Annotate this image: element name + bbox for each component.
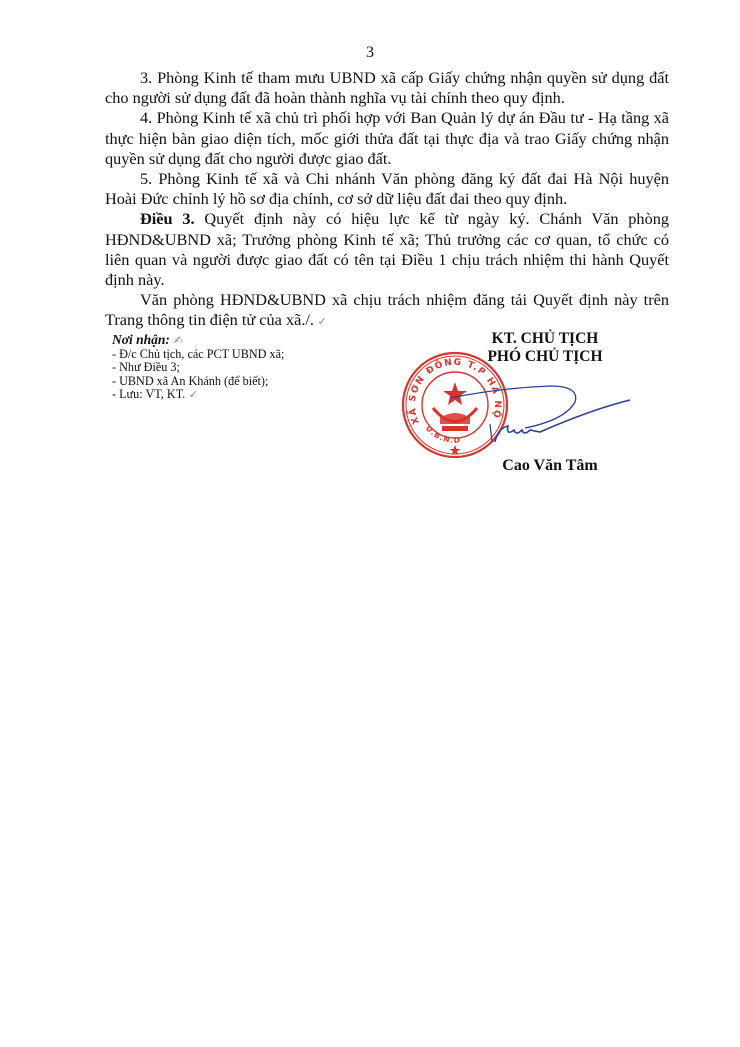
paragraph-text: Văn phòng HĐND&UBND xã chịu trách nhiệm … [105, 290, 669, 329]
initial-mark-icon: ✍ [170, 334, 183, 347]
paragraph-item-4: 4. Phòng Kinh tế xã chủ trì phối hợp với… [105, 108, 669, 169]
paragraph-text: 5. Phòng Kinh tế xã và Chi nhánh Văn phò… [105, 169, 669, 208]
signer-name: Cao Văn Tâm [470, 457, 630, 475]
page-number: 3 [0, 44, 740, 62]
document-body: 3. Phòng Kinh tế tham mưu UBND xã cấp Gi… [105, 68, 669, 333]
article-heading: Điều 3. [140, 209, 195, 228]
handwritten-signature-icon [440, 380, 650, 450]
recipient-item: - Lưu: VT, KT. ✓ [112, 388, 372, 401]
paragraph-text: 4. Phòng Kinh tế xã chủ trì phối hợp với… [105, 108, 669, 167]
initial-mark-icon: ✓ [185, 388, 198, 401]
signature-title-1: KT. CHỦ TỊCH [440, 330, 650, 348]
recipients-title: Nơi nhận: ✍ [112, 332, 372, 348]
publication-paragraph: Văn phòng HĐND&UBND xã chịu trách nhiệm … [105, 290, 669, 332]
recipient-item: - UBND xã An Khánh (để biết); [112, 375, 372, 388]
recipients-block: Nơi nhận: ✍ - Đ/c Chủ tịch, các PCT UBND… [112, 332, 372, 402]
recipient-item: - Như Điều 3; [112, 361, 372, 374]
paragraph-text: 3. Phòng Kinh tế tham mưu UBND xã cấp Gi… [105, 68, 669, 107]
recipient-item-text: - Lưu: VT, KT. [112, 387, 185, 401]
initial-mark-icon: ✓ [314, 315, 327, 328]
recipient-item: - Đ/c Chủ tịch, các PCT UBND xã; [112, 348, 372, 361]
recipients-title-text: Nơi nhận: [112, 332, 170, 347]
paragraph-item-3: 3. Phòng Kinh tế tham mưu UBND xã cấp Gi… [105, 68, 669, 108]
article-3: Điều 3. Quyết định này có hiệu lực kể từ… [105, 209, 669, 290]
paragraph-item-5: 5. Phòng Kinh tế xã và Chi nhánh Văn phò… [105, 169, 669, 209]
